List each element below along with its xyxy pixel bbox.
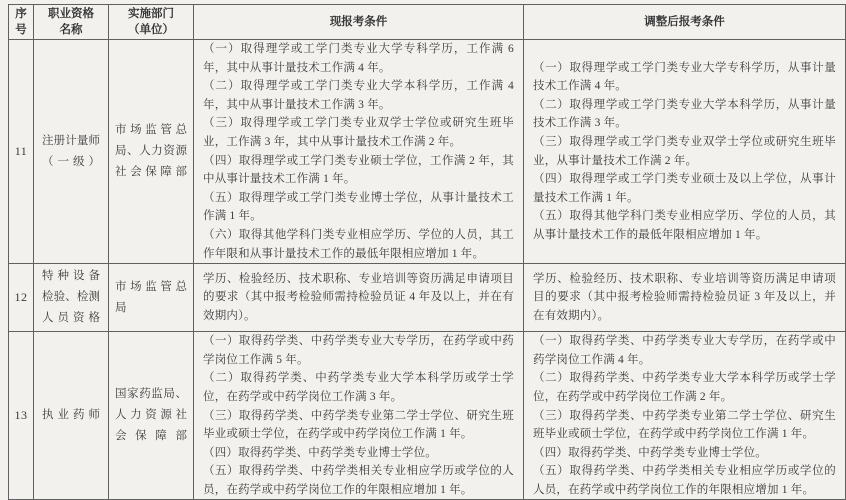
current-conditions: （一）取得理学或工学门类专业大学专科学历，工作满 6 年，其中从事计量技术工作满… xyxy=(194,40,524,264)
qualification-name: 注册计量师 （一级） xyxy=(34,40,109,264)
header-adjusted-conditions: 调整后报考条件 xyxy=(524,5,846,40)
header-qualification-name: 职业资格 名称 xyxy=(34,5,109,40)
department: 市场监管总 局 xyxy=(109,264,194,332)
condition-item: （二）取得理学或工学门类专业大学本科学历，工作满 4 年，其中从事计量技术工作满… xyxy=(203,77,514,114)
qualification-rows: 11 注册计量师 （一级） 市场监管总 局、人力资源 社会保障部 （一）取得理学… xyxy=(9,40,846,500)
condition-item: （二）取得药学类、中药学类专业大学本科学历或学士学位，在药学或中药学岗位工作满 … xyxy=(533,369,836,406)
condition-item: （一）取得药学类、中药学类专业大专学历，在药学或中药学岗位工作满 5 年。 xyxy=(203,332,514,369)
condition-item: （二）取得理学或工学门类专业大学本科学历，从事计量技术工作满 3 年。 xyxy=(533,96,836,133)
condition-item: （五）取得其他学科门类专业相应学历、学位的人员，其从事计量技术工作的最低年限相应… xyxy=(533,207,836,244)
adjusted-conditions: （一）取得药学类、中药学类专业大专学历，在药学或中药学岗位工作满 4 年。（二）… xyxy=(524,332,846,500)
table-row: 13 执业药师 国家药监局、 人力资源社 会保障部 （一）取得药学类、中药学类专… xyxy=(9,332,846,500)
condition-item: （三）取得理学或工学门类专业双学士学位或研究生班毕业，工作满 3 年，其中从事计… xyxy=(203,114,514,151)
header-serial-number: 序 号 xyxy=(9,5,34,40)
condition-item: 学历、检验经历、技术职称、专业培训等资历满足申请项目的要求（其中报考检验师需持检… xyxy=(203,270,514,326)
header-row: 序 号 职业资格 名称 实施部门 （单位） 现报考条件 调整后报考条件 xyxy=(9,5,846,40)
qualification-name: 执业药师 xyxy=(34,332,109,500)
qualification-table: 序 号 职业资格 名称 实施部门 （单位） 现报考条件 调整后报考条件 11 注… xyxy=(8,4,846,500)
adjusted-conditions: （一）取得理学或工学门类专业大学专科学历，从事计量技术工作满 4 年。（二）取得… xyxy=(524,40,846,264)
current-conditions: 学历、检验经历、技术职称、专业培训等资历满足申请项目的要求（其中报考检验师需持检… xyxy=(194,264,524,332)
condition-item: （二）取得药学类、中药学类专业大学本科学历或学士学位，在药学或中药学岗位工作满 … xyxy=(203,369,514,406)
header-current-conditions: 现报考条件 xyxy=(194,5,524,40)
condition-item: （四）取得药学类、中药学类专业博士学位。 xyxy=(533,444,836,463)
table-row: 12 特种设备 检验、检测 人员资格 市场监管总 局 学历、检验经历、技术职称、… xyxy=(9,264,846,332)
condition-item: （三）取得药学类、中药学类专业第二学士学位、研究生班毕业或硕士学位，在药学或中药… xyxy=(533,407,836,444)
department: 国家药监局、 人力资源社 会保障部 xyxy=(109,332,194,500)
row-serial-number: 12 xyxy=(9,264,34,332)
condition-item: 学历、检验经历、技术职称、专业培训等资历满足申请项目的要求（其中报考检验师需持检… xyxy=(533,270,836,326)
current-conditions: （一）取得药学类、中药学类专业大专学历，在药学或中药学岗位工作满 5 年。（二）… xyxy=(194,332,524,500)
condition-item: （三）取得理学或工学门类专业双学士学位或研究生班毕业，从事计量技术工作满 2 年… xyxy=(533,133,836,170)
condition-item: （五）取得药学类、中药学类相关专业相应学历或学位的人员，在药学或中药学岗位工作的… xyxy=(533,462,836,499)
row-serial-number: 11 xyxy=(9,40,34,264)
condition-item: （五）取得药学类、中药学类相关专业相应学历或学位的人员，在药学或中药学岗位工作的… xyxy=(203,462,514,499)
condition-item: （一）取得理学或工学门类专业大学专科学历，从事计量技术工作满 4 年。 xyxy=(533,59,836,96)
condition-item: （一）取得药学类、中药学类专业大专学历，在药学或中药学岗位工作满 4 年。 xyxy=(533,332,836,369)
header-department: 实施部门 （单位） xyxy=(109,5,194,40)
condition-item: （一）取得理学或工学门类专业大学专科学历，工作满 6 年，其中从事计量技术工作满… xyxy=(203,40,514,77)
condition-item: （三）取得药学类、中药学类专业第二学士学位、研究生班毕业或硕士学位，在药学或中药… xyxy=(203,407,514,444)
condition-item: （四）取得药学类、中药学类专业博士学位。 xyxy=(203,444,514,463)
department: 市场监管总 局、人力资源 社会保障部 xyxy=(109,40,194,264)
table-row: 11 注册计量师 （一级） 市场监管总 局、人力资源 社会保障部 （一）取得理学… xyxy=(9,40,846,264)
table-header: 序 号 职业资格 名称 实施部门 （单位） 现报考条件 调整后报考条件 xyxy=(9,5,846,40)
condition-item: （四）取得理学或工学门类专业硕士及以上学位，从事计量技术工作满 1 年。 xyxy=(533,170,836,207)
row-serial-number: 13 xyxy=(9,332,34,500)
qualification-name: 特种设备 检验、检测 人员资格 xyxy=(34,264,109,332)
adjusted-conditions: 学历、检验经历、技术职称、专业培训等资历满足申请项目的要求（其中报考检验师需持检… xyxy=(524,264,846,332)
condition-item: （六）取得其他学科门类专业相应学历、学位的人员，其工作年限和从事计量技术工作的最… xyxy=(203,226,514,263)
condition-item: （四）取得理学或工学门类专业硕士学位，工作满 2 年，其中从事计量技术工作满 1… xyxy=(203,152,514,189)
condition-item: （五）取得理学或工学门类专业博士学位，从事计量技术工作满 1 年。 xyxy=(203,189,514,226)
document-page: 序 号 职业资格 名称 实施部门 （单位） 现报考条件 调整后报考条件 11 注… xyxy=(0,0,846,500)
